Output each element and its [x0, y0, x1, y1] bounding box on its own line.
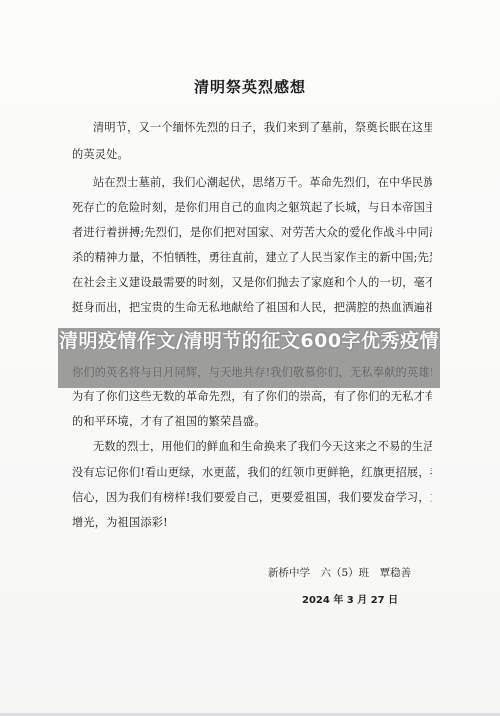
body-line: 死存亡的危险时刻，是你们用自己的血肉之躯筑起了长城，与日本帝国主义侵略 [72, 201, 432, 215]
document-page: 清明祭英烈感想 清明节，又一个缅怀先烈的日子，我们来到了墓前，祭奠长眠在这里的先… [0, 0, 500, 716]
body-line: 增光，为祖国添彩! [72, 516, 432, 530]
body-line: 为有了你们这些无数的革命先烈，有了你们的崇高，有了你们的无私才有了今天 [72, 390, 432, 404]
body-line: 者进行着拼搏;先烈们，是你们把对国家、对劳苦大众的爱化作战斗中同敌人拼 [72, 226, 432, 240]
body-line: 站在烈士墓前，我们心潮起伏，思绪万千。革命先烈们，在中华民族面临生 [93, 176, 432, 190]
body-line: 在社会主义建设最需要的时刻，又是你们抛去了家庭和个人的一切，毫不犹豫， [72, 276, 432, 290]
body-line: 无数的烈士，用他们的鲜血和生命换来了我们今天这来之不易的生活，我们 [93, 440, 432, 454]
caption-text: 清明疫情作文/清明节的征文600字优秀疫情 [58, 328, 440, 355]
body-line: 清明节，又一个缅怀先烈的日子，我们来到了墓前，祭奠长眠在这里的先烈 [93, 121, 432, 135]
body-line: 的英灵处。 [72, 148, 432, 162]
document-title: 清明祭英烈感想 [0, 76, 500, 97]
body-line: 挺身而出，把宝贵的生命无私地献给了祖国和人民，把满腔的热血洒遍祖国大地。 [72, 301, 432, 315]
body-line: 没有忘记你们!看山更绿，水更蓝，我们的红领巾更鲜艳，红旗更招展，我们有 [72, 466, 432, 480]
body-line: 的和平环境，才有了祖国的繁荣昌盛。 [72, 415, 432, 429]
author-signature: 新桥中学 六（5）班 覃稳善 [268, 565, 411, 580]
document-date: 2024 年 3 月 27 日 [302, 591, 398, 606]
body-line: 杀的精神力量，不怕牺牲，勇往直前，建立了人民当家作主的新中国;先烈们， [72, 251, 432, 265]
body-line: 信心，因为我们有榜样!我们要爱自己，更要爱祖国，我们要发奋学习，为祖国 [72, 491, 432, 505]
